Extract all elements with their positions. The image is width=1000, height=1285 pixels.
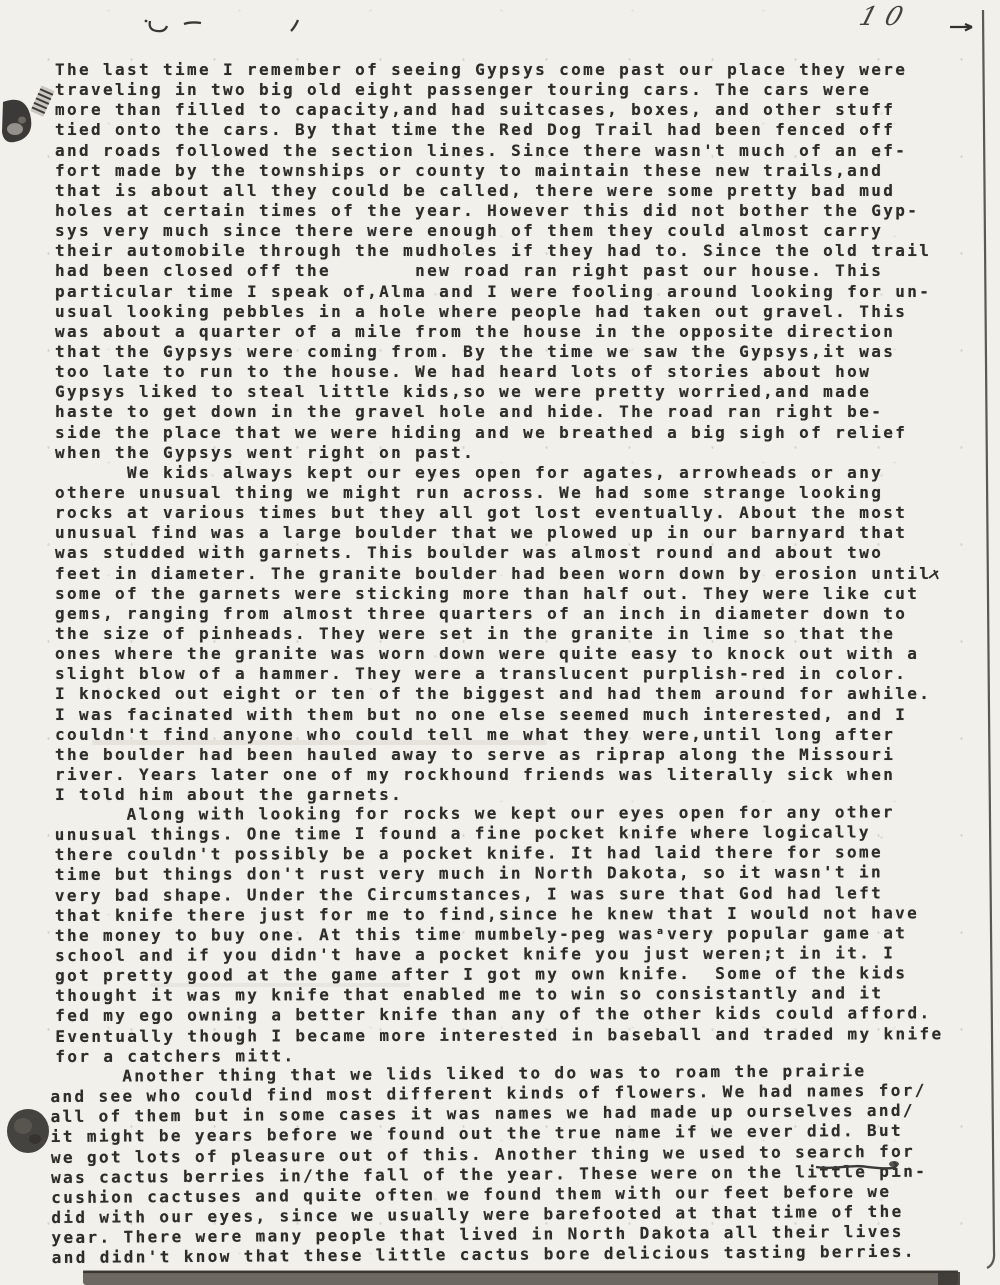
text-line: sys very much since there were enough of… [55, 221, 990, 241]
text-line: fed my ego owning a better knife than an… [55, 1004, 990, 1027]
text-line: particular time I speak of,Alma and I we… [55, 282, 990, 302]
text-line: usual looking pebbles in a hole where pe… [55, 302, 990, 322]
text-line: gems, ranging from almost three quarters… [55, 604, 990, 624]
text-line: very bad shape. Under the Circumstances,… [55, 883, 990, 906]
text-line: couldn't find anyone who could tell me w… [55, 725, 990, 745]
text-line: was about a quarter of a mile from the h… [55, 322, 990, 342]
text-line: traveling in two big old eight passenger… [55, 80, 990, 100]
text-line: side the place that we were hiding and w… [55, 423, 990, 443]
text-line: more than filled to capacity,and had sui… [55, 100, 990, 120]
text-line: We kids always kept our eyes open for ag… [55, 463, 990, 483]
text-line: slight blow of a hammer. They were a tra… [55, 664, 990, 684]
text-line: I knocked out eight or ten of the bigges… [55, 684, 990, 704]
paragraph: The last time I remember of seeing Gypsy… [55, 60, 990, 463]
page-number: 10 [856, 2, 916, 32]
paragraph: We kids always kept our eyes open for ag… [55, 463, 990, 805]
text-line: feet in diameter. The granite boulder ha… [55, 564, 990, 584]
text-line: I was facinated with them but no one els… [55, 705, 990, 725]
text-line: The last time I remember of seeing Gypsy… [55, 60, 990, 80]
hatch-chip-icon [30, 85, 54, 116]
text-line: when the Gypsys went right on past. [55, 443, 990, 463]
text-line: unusual find was a large boulder that we… [55, 523, 990, 543]
text-line: river. Years later one of my rockhound f… [55, 765, 990, 785]
text-line: Eventually though I became more interest… [55, 1024, 990, 1047]
paragraph: Another thing that we lids liked to do w… [50, 1060, 990, 1268]
text-line: fort made by the townships or county to … [55, 161, 990, 181]
paragraph: Along with looking for rocks we kept our… [55, 802, 991, 1067]
text-line: that the Gypsys were coming from. By the… [55, 342, 990, 362]
typewritten-text: The last time I remember of seeing Gypsy… [55, 60, 990, 1268]
text-line: some of the garnets were sticking more t… [55, 584, 990, 604]
text-line: was studded with garnets. This boulder w… [55, 543, 990, 563]
text-line: the size of pinheads. They were set in t… [55, 624, 990, 644]
text-line: too late to run to the house. We had hea… [55, 362, 990, 382]
text-line: the boulder had been hauled away to serv… [55, 745, 990, 765]
pen-dash-icon [184, 22, 201, 24]
text-line: and roads followed the section lines. Si… [55, 141, 990, 161]
pen-squiggle-icon [145, 20, 167, 32]
arrow-icon [950, 24, 972, 31]
text-line: their automobile through the mudholes if… [55, 241, 990, 261]
text-line: haste to get down in the gravel hole and… [55, 402, 990, 422]
text-line: tied onto the cars. By that time the Red… [55, 120, 990, 140]
text-line: othere unusual thing we might run across… [55, 483, 990, 503]
scanned-page: 10 The last time I remember of seeing Gy… [0, 0, 1000, 1285]
text-line: ones where the granite was worn down wer… [55, 644, 990, 664]
text-line: had been closed off the new road ran rig… [55, 261, 990, 281]
ink-blob-icon [2, 100, 31, 143]
scan-band [83, 1271, 960, 1285]
pen-tick-icon [291, 20, 298, 31]
text-line: that is about all they could be called, … [55, 181, 990, 201]
text-line: holes at certain times of the year. Howe… [55, 201, 990, 221]
text-line: Gypsys liked to steal little kids,so we … [55, 382, 990, 402]
round-ink-blob-icon [7, 1109, 49, 1153]
text-line: time but things don't rust very much in … [55, 863, 990, 886]
text-line: rocks at various times but they all got … [55, 503, 990, 523]
